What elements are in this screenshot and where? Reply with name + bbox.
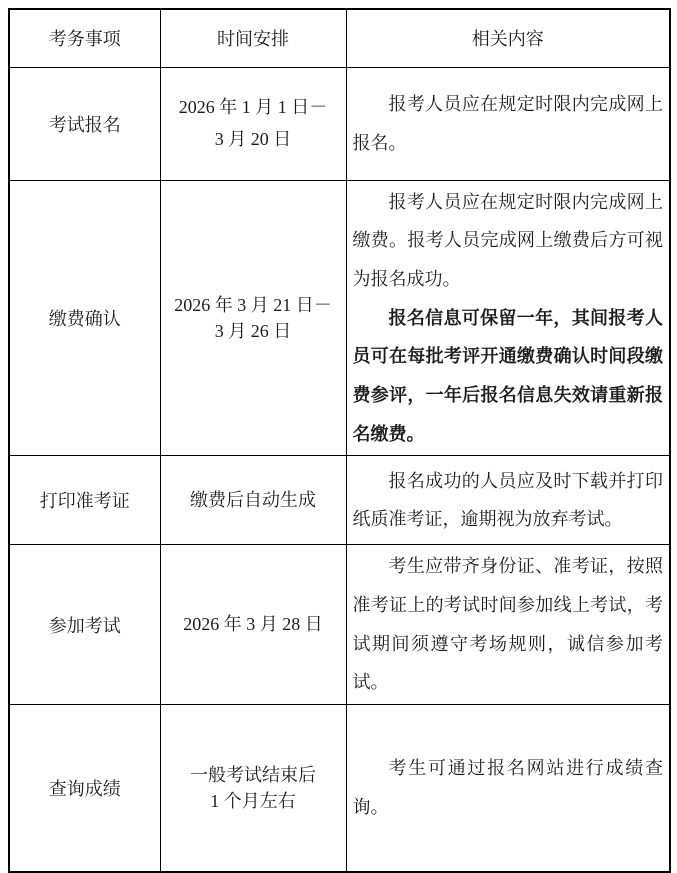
header-cell-time: 时间安排: [160, 9, 346, 67]
take-exam-item-cell: 参加考试: [9, 545, 160, 705]
score-inquiry-content-cell: 考生可通过报名网站进行成绩查询。: [346, 705, 670, 872]
header-cell-item: 考务事项: [9, 9, 160, 67]
content-paragraph: 考生应带齐身份证、准考证，按照准考证上的考试时间参加线上考试，考试期间须遵守考场…: [353, 547, 664, 702]
table-row-score-inquiry: 查询成绩 一般考试结束后 1 个月左右 考生可通过报名网站进行成绩查询。: [9, 705, 670, 872]
registration-time-cell: 2026 年 1 月 1 日－ 3 月 20 日: [160, 67, 346, 180]
table-row-registration: 考试报名 2026 年 1 月 1 日－ 3 月 20 日 报考人员应在规定时限…: [9, 67, 670, 180]
time-line: 3 月 26 日: [167, 318, 340, 344]
payment-item-cell: 缴费确认: [9, 180, 160, 456]
time-line: 2026 年 3 月 28 日: [167, 609, 340, 641]
admission-ticket-content-cell: 报名成功的人员应及时下载并打印纸质准考证，逾期视为放弃考试。: [346, 456, 670, 545]
time-line: 一般考试结束后: [167, 762, 340, 788]
content-paragraph: 报考人员应在规定时限内完成网上缴费。报考人员完成网上缴费后方可视为报名成功。: [353, 183, 664, 299]
take-exam-content-cell: 考生应带齐身份证、准考证，按照准考证上的考试时间参加线上考试，考试期间须遵守考场…: [346, 545, 670, 705]
table-row-take-exam: 参加考试 2026 年 3 月 28 日 考生应带齐身份证、准考证，按照准考证上…: [9, 545, 670, 705]
time-line: 缴费后自动生成: [167, 485, 340, 517]
score-inquiry-item-cell: 查询成绩: [9, 705, 160, 872]
time-line: 2026 年 3 月 21 日－: [167, 292, 340, 318]
content-paragraph-bold: 报名信息可保留一年，其间报考人员可在每批考评开通缴费确认时间段缴费参评，一年后报…: [353, 299, 664, 454]
time-line: 3 月 20 日: [167, 124, 340, 156]
header-cell-content: 相关内容: [346, 9, 670, 67]
content-paragraph: 报名成功的人员应及时下载并打印纸质准考证，逾期视为放弃考试。: [353, 462, 664, 539]
score-inquiry-time-cell: 一般考试结束后 1 个月左右: [160, 705, 346, 872]
table-header-row: 考务事项 时间安排 相关内容: [9, 9, 670, 67]
registration-content-cell: 报考人员应在规定时限内完成网上报名。: [346, 67, 670, 180]
time-line: 2026 年 1 月 1 日－: [167, 92, 340, 124]
admission-ticket-item-cell: 打印准考证: [9, 456, 160, 545]
admission-ticket-time-cell: 缴费后自动生成: [160, 456, 346, 545]
payment-time-cell: 2026 年 3 月 21 日－ 3 月 26 日: [160, 180, 346, 456]
content-paragraph: 报考人员应在规定时限内完成网上报名。: [353, 85, 664, 162]
take-exam-time-cell: 2026 年 3 月 28 日: [160, 545, 346, 705]
time-line: 1 个月左右: [167, 788, 340, 814]
table-row-payment: 缴费确认 2026 年 3 月 21 日－ 3 月 26 日 报考人员应在规定时…: [9, 180, 670, 456]
exam-schedule-table: 考务事项 时间安排 相关内容 考试报名 2026 年 1 月 1 日－ 3 月 …: [8, 8, 671, 873]
payment-content-cell: 报考人员应在规定时限内完成网上缴费。报考人员完成网上缴费后方可视为报名成功。 报…: [346, 180, 670, 456]
table-row-admission-ticket: 打印准考证 缴费后自动生成 报名成功的人员应及时下载并打印纸质准考证，逾期视为放…: [9, 456, 670, 545]
content-paragraph: 考生可通过报名网站进行成绩查询。: [353, 749, 664, 826]
registration-item-cell: 考试报名: [9, 67, 160, 180]
